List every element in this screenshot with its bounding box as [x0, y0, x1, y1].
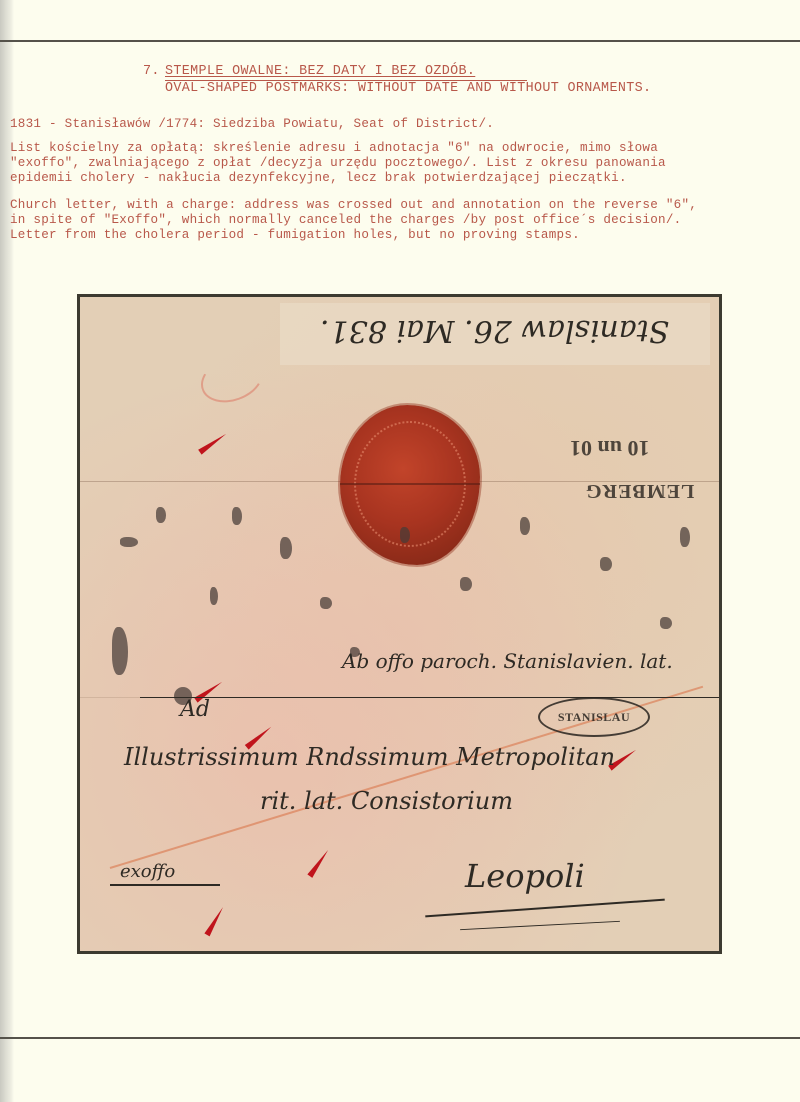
arrival-postmark: 10 un 01	[570, 435, 649, 461]
ink-blot	[280, 537, 292, 559]
english-line: Letter from the cholera period - fumigat…	[10, 228, 697, 243]
ink-blot	[460, 577, 472, 591]
description-english: Church letter, with a charge: address wa…	[10, 198, 697, 243]
lemberg-postmark: LEMBERG	[585, 479, 694, 502]
bottom-rule	[0, 1037, 800, 1039]
destination-flourish	[425, 899, 665, 918]
title-english: OVAL-SHAPED POSTMARKS: WITHOUT DATE AND …	[165, 81, 705, 97]
sender-underline	[140, 697, 720, 698]
exoffo-note: exoffo	[120, 861, 175, 882]
crayon-six-mark	[194, 347, 269, 410]
oval-postmark: STANISLAU	[538, 697, 650, 737]
ink-blot	[120, 537, 138, 547]
section-heading: 7.STEMPLE OWALNE: BEZ DATY I BEZ OZDÓB. …	[143, 64, 527, 97]
ink-blot	[680, 527, 690, 547]
destination-flourish	[460, 921, 620, 930]
ink-blot	[600, 557, 612, 571]
wax-seal	[340, 405, 480, 565]
polish-line: epidemii cholery - nakłucia dezynfekcyjn…	[10, 171, 666, 186]
address-line-2: rit. lat. Consistorium	[260, 787, 513, 815]
ad-word: Ad	[180, 697, 210, 722]
address-line-1: Illustrissimum Rndssimum Metropolitan	[124, 743, 615, 771]
letter-image: Stanislaw 26. Mai 831. 10 un 01 LEMBERG …	[77, 294, 722, 954]
upside-down-docket: Stanislaw 26. Mai 831.	[320, 313, 669, 348]
ink-blot	[660, 617, 672, 629]
title-polish: STEMPLE OWALNE: BEZ DATY I BEZ OZDÓB.	[165, 64, 475, 79]
ink-blot	[320, 597, 332, 609]
exoffo-underline	[110, 884, 220, 886]
red-tick-mark	[307, 848, 330, 878]
ink-blot	[232, 507, 242, 525]
destination: Leopoli	[465, 857, 585, 895]
description-polish: List kościelny za opłatą: skreślenie adr…	[10, 141, 666, 186]
ink-blot	[112, 627, 128, 675]
english-line: in spite of "Exoffo", which normally can…	[10, 213, 697, 228]
ink-blot	[400, 527, 410, 543]
sender-line: Ab offo paroch. Stanislavien. lat.	[342, 649, 673, 673]
polish-line: "exoffo", zwalniającego z opłat /decyzja…	[10, 156, 666, 171]
section-number: 7.	[143, 64, 165, 80]
polish-line: List kościelny za opłatą: skreślenie adr…	[10, 141, 666, 156]
english-line: Church letter, with a charge: address wa…	[10, 198, 697, 213]
date-location-line: 1831 - Stanisławów /1774: Siedziba Powia…	[10, 117, 494, 132]
red-tick-mark	[204, 906, 225, 937]
ink-blot	[210, 587, 218, 605]
ink-blot	[156, 507, 166, 523]
ink-blot	[520, 517, 530, 535]
top-rule	[0, 40, 800, 42]
red-tick-mark	[198, 431, 228, 454]
